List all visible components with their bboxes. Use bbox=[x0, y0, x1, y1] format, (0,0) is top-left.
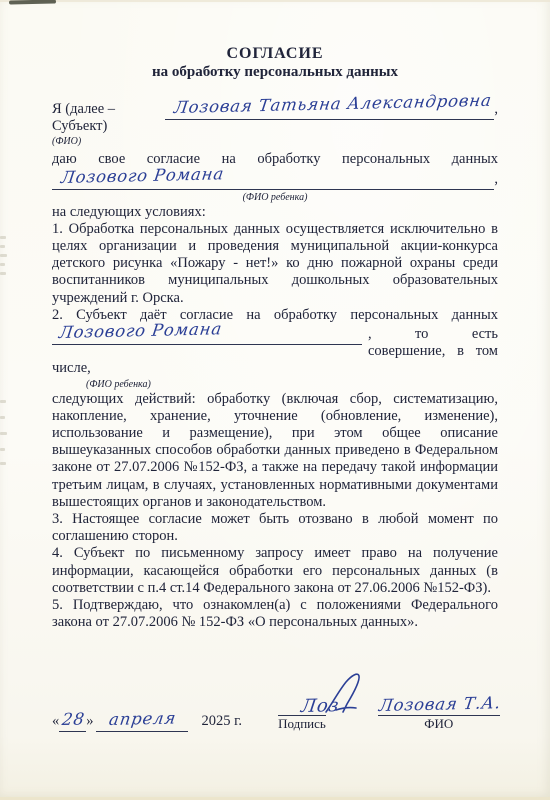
signature-blank: Лоз bbox=[278, 681, 326, 716]
clause-5: 5. Подтверждаю, что ознакомлен(а) с поло… bbox=[52, 597, 498, 631]
date-month-blank: апреля bbox=[96, 711, 188, 732]
child-line-comma: , bbox=[494, 171, 498, 188]
signature-flourish-icon bbox=[312, 670, 382, 716]
child-name-line: Лозового Романа , bbox=[52, 169, 498, 191]
scan-corner-mark bbox=[9, 0, 56, 4]
fio-handwritten: Лозовая Т.А. bbox=[378, 694, 502, 714]
clause-1: 1. Обработка персональных данных осущест… bbox=[52, 221, 498, 307]
document-title: СОГЛАСИЕ bbox=[52, 44, 498, 63]
date-block: « 28 » апреля 2025 г. bbox=[52, 711, 242, 732]
scan-left-edge-mark bbox=[0, 400, 6, 403]
subject-name-line: Я (далее – Субъект) Лозовая Татьяна Алек… bbox=[52, 99, 498, 135]
subject-name-handwritten: Лозовая Татьяна Александровна bbox=[173, 92, 493, 116]
scan-left-edge-mark bbox=[0, 245, 5, 248]
clause-2-after-text: , то есть совершение, в том bbox=[362, 326, 498, 360]
fio-label: (ФИО) bbox=[52, 135, 498, 148]
date-open-quote: « bbox=[52, 713, 59, 730]
document-subtitle: на обработку персональных данных bbox=[52, 63, 498, 82]
child-name-blank: Лозового Романа bbox=[52, 169, 494, 190]
child-name-handwritten: Лозового Романа bbox=[60, 165, 225, 186]
scan-left-edge-mark bbox=[0, 416, 5, 419]
date-year: 2025 г. bbox=[202, 713, 243, 730]
date-day-handwritten: 28 bbox=[61, 711, 86, 729]
clause-3: 3. Настоящее согласие может быть отозван… bbox=[52, 511, 498, 545]
signature-block: Лоз Подпись bbox=[278, 681, 326, 732]
date-day-blank: 28 bbox=[59, 711, 86, 732]
fio-blank: Лозовая Т.А. bbox=[378, 690, 500, 716]
date-close-quote: » bbox=[86, 713, 93, 730]
scan-left-edge-mark bbox=[0, 432, 7, 435]
clause-2-body: следующих действий: обработку (включая с… bbox=[52, 391, 498, 511]
signature-row: « 28 » апреля 2025 г. Лоз Подпись Лозова… bbox=[52, 681, 498, 732]
conditions-intro: на следующих условиях: bbox=[52, 204, 498, 221]
fio-label-bottom: ФИО bbox=[378, 716, 500, 732]
scan-left-edge-mark bbox=[0, 263, 5, 266]
clause-2-wrap-word: числе, bbox=[52, 360, 498, 377]
clause-4: 4. Субъект по письменному запросу имеет … bbox=[52, 545, 498, 597]
scan-left-edge-mark bbox=[0, 236, 6, 239]
clause-2-fio-label: (ФИО ребенка) bbox=[86, 378, 498, 391]
subject-prefix: Я (далее – Субъект) bbox=[52, 101, 160, 135]
clause-2-name-line: Лозового Романа , то есть совершение, в … bbox=[52, 324, 498, 360]
child-fio-label: (ФИО ребенка) bbox=[52, 191, 498, 204]
scan-left-edge-mark bbox=[0, 272, 6, 275]
scan-left-edge-mark bbox=[0, 254, 7, 257]
subject-name-blank: Лозовая Татьяна Александровна bbox=[165, 99, 495, 120]
date-month-handwritten: апреля bbox=[108, 710, 177, 729]
scan-left-edge-mark bbox=[0, 462, 6, 465]
clause-2-child-name-handwritten: Лозового Романа bbox=[58, 320, 223, 341]
subject-line-comma: , bbox=[494, 101, 498, 118]
scan-left-edge-mark bbox=[0, 448, 5, 451]
fio-block: Лозовая Т.А. ФИО bbox=[378, 690, 500, 732]
scanned-consent-document: СОГЛАСИЕ на обработку персональных данны… bbox=[0, 0, 550, 800]
signature-label: Подпись bbox=[278, 716, 326, 732]
clause-2-name-blank: Лозового Романа bbox=[52, 324, 362, 345]
